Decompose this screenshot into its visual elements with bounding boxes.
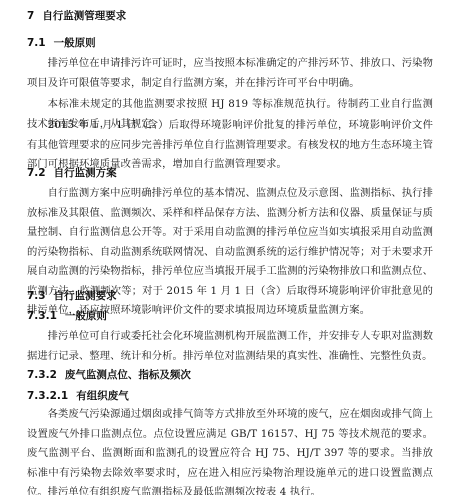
section-heading-7-3-2: 7.3.2废气监测点位、指标及频次	[27, 368, 191, 382]
section-heading-7: 7自行监测管理要求	[27, 9, 126, 23]
section-heading-7-3-2-1: 7.3.2.1有组织废气	[27, 389, 129, 403]
section-title: 自行监测要求	[54, 290, 117, 302]
paragraph: 各类废气污染源通过烟囱或排气筒等方式排放至外环境的废气，应在烟囱或排气筒上设置废…	[27, 405, 433, 495]
section-title: 自行监测方案	[54, 167, 117, 179]
section-number: 7.3	[27, 289, 46, 303]
section-heading-7-1: 7.1一般原则	[27, 36, 96, 50]
section-number: 7.3.1	[27, 309, 57, 323]
section-number: 7	[27, 9, 34, 23]
section-title: 有组织废气	[76, 390, 129, 402]
paragraph: 排污单位可自行或委托社会化环境监测机构开展监测工作，并安排专人专职对监测数据进行…	[27, 327, 433, 366]
section-number: 7.3.2	[27, 368, 57, 382]
section-title: 废气监测点位、指标及频次	[65, 369, 191, 381]
section-number: 7.1	[27, 36, 46, 50]
paragraph: 排污单位在申请排污许可证时，应当按照本标准确定的产排污环节、排放口、污染物项目及…	[27, 53, 433, 94]
section-heading-7-3: 7.3自行监测要求	[27, 289, 117, 303]
section-title: 一般原则	[54, 37, 96, 49]
section-title: 一般原则	[65, 310, 107, 322]
section-number: 7.3.2.1	[27, 389, 68, 403]
section-number: 7.2	[27, 166, 46, 180]
paragraph: 排污单位有组织废气监测指标及最低监测频次按表 4 执行。	[27, 483, 433, 495]
section-heading-7-3-1: 7.3.1一般原则	[27, 309, 107, 323]
section-heading-7-2: 7.2自行监测方案	[27, 166, 117, 180]
section-title: 自行监测管理要求	[42, 10, 126, 22]
